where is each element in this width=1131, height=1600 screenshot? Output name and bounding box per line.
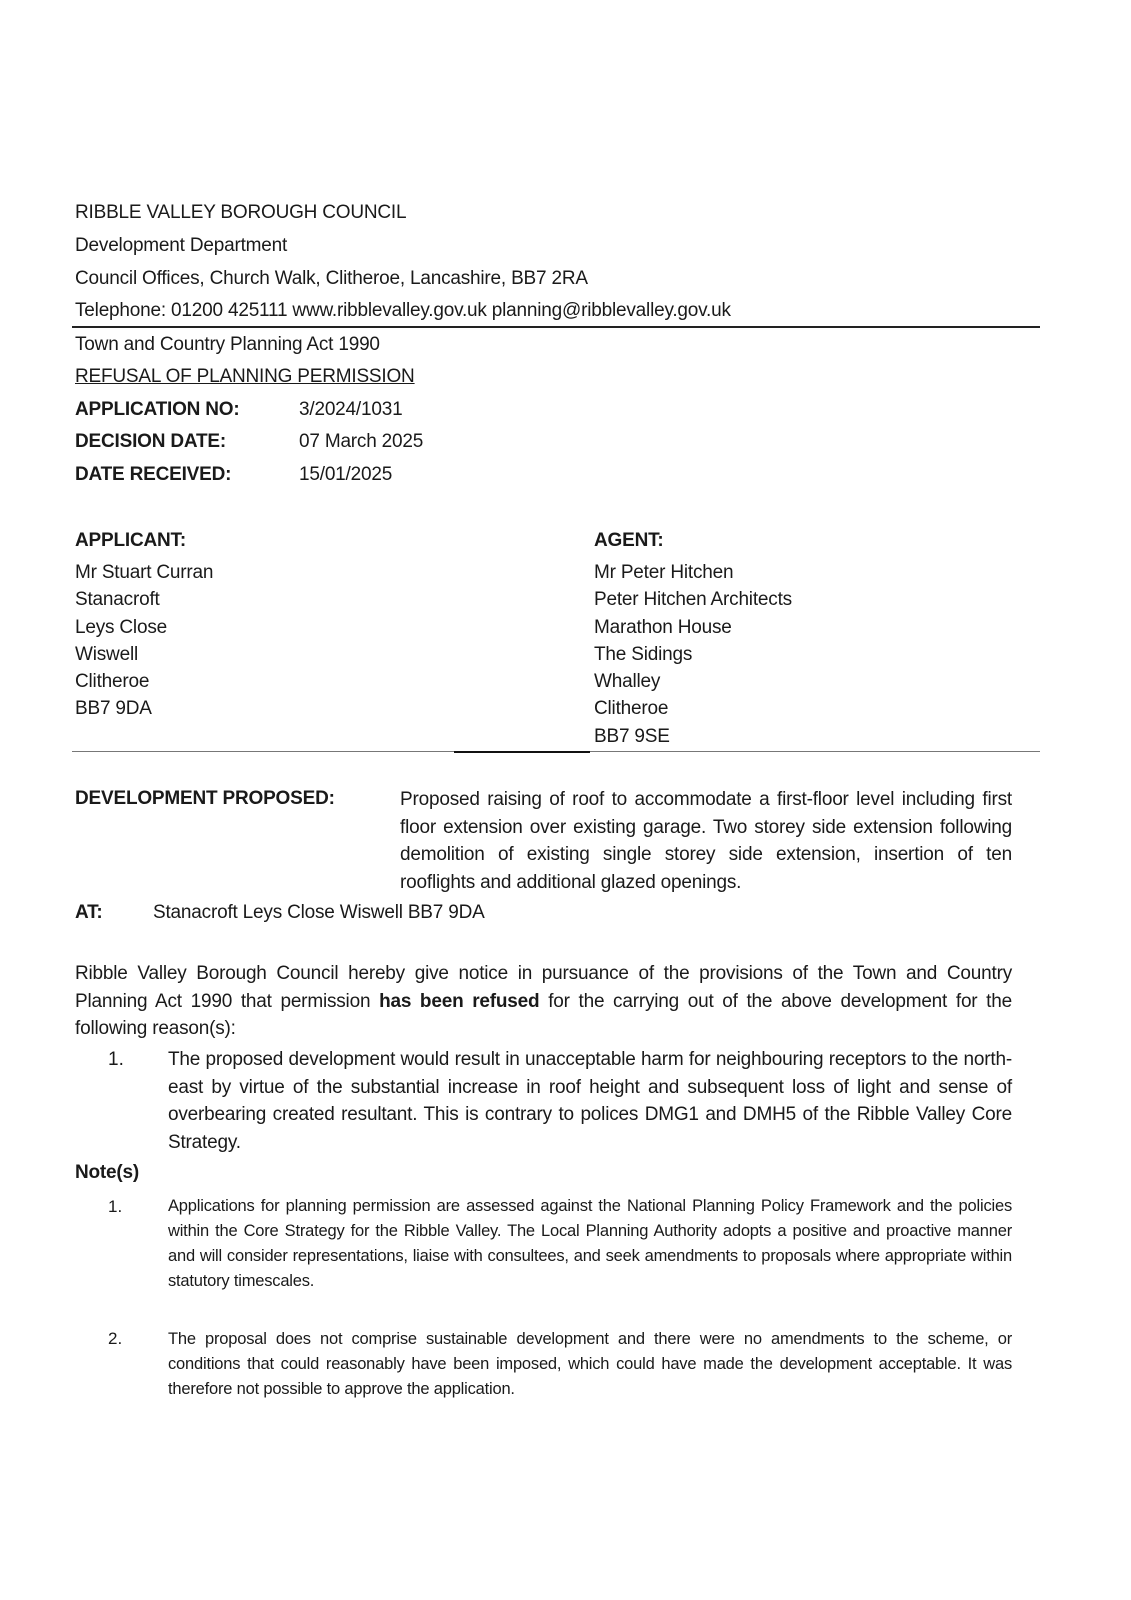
note-number: 2. [108, 1329, 122, 1349]
decision-notice-page: RIBBLE VALLEY BOROUGH COUNCIL Developmen… [0, 0, 1131, 1600]
refusal-notice: Ribble Valley Borough Council hereby giv… [75, 960, 1012, 1043]
council-address: Council Offices, Church Walk, Clitheroe,… [75, 268, 588, 290]
application-no-label: APPLICATION NO: [75, 399, 239, 421]
department-name: Development Department [75, 235, 287, 257]
applicant-line: Wiswell [75, 644, 138, 666]
refusal-emphasis: has been refused [379, 991, 539, 1012]
development-description: Proposed raising of roof to accommodate … [400, 786, 1012, 896]
site-address: Stanacroft Leys Close Wiswell BB7 9DA [153, 902, 485, 924]
note-text: Applications for planning permission are… [168, 1194, 1012, 1294]
applicant-line: Leys Close [75, 617, 167, 639]
decision-title: REFUSAL OF PLANNING PERMISSION [75, 366, 415, 388]
date-received-label: DATE RECEIVED: [75, 464, 231, 486]
applicant-line: Clitheroe [75, 671, 149, 693]
decision-date-label: DECISION DATE: [75, 431, 226, 453]
address-divider-accent [454, 751, 590, 753]
agent-line: BB7 9SE [594, 726, 670, 748]
agent-line: Mr Peter Hitchen [594, 562, 733, 584]
council-name: RIBBLE VALLEY BOROUGH COUNCIL [75, 202, 406, 224]
applicant-line: BB7 9DA [75, 698, 152, 720]
application-no-value: 3/2024/1031 [299, 399, 402, 421]
reason-number: 1. [108, 1049, 124, 1071]
date-received-value: 15/01/2025 [299, 464, 392, 486]
applicant-heading: APPLICANT: [75, 530, 186, 552]
agent-line: Peter Hitchen Architects [594, 589, 792, 611]
agent-line: Marathon House [594, 617, 732, 639]
note-text: The proposal does not comprise sustainab… [168, 1327, 1012, 1402]
contact-details: Telephone: 01200 425111 www.ribblevalley… [75, 300, 731, 322]
applicant-line: Stanacroft [75, 589, 160, 611]
site-label: AT: [75, 902, 103, 924]
notes-heading: Note(s) [75, 1162, 139, 1184]
reason-text: The proposed development would result in… [168, 1046, 1012, 1156]
decision-date-value: 07 March 2025 [299, 431, 423, 453]
agent-line: Clitheroe [594, 698, 668, 720]
agent-heading: AGENT: [594, 530, 664, 552]
note-number: 1. [108, 1197, 122, 1217]
header-divider [72, 326, 1040, 328]
agent-line: The Sidings [594, 644, 692, 666]
applicant-line: Mr Stuart Curran [75, 562, 213, 584]
development-label: DEVELOPMENT PROPOSED: [75, 788, 335, 810]
agent-line: Whalley [594, 671, 660, 693]
act-title: Town and Country Planning Act 1990 [75, 334, 380, 356]
